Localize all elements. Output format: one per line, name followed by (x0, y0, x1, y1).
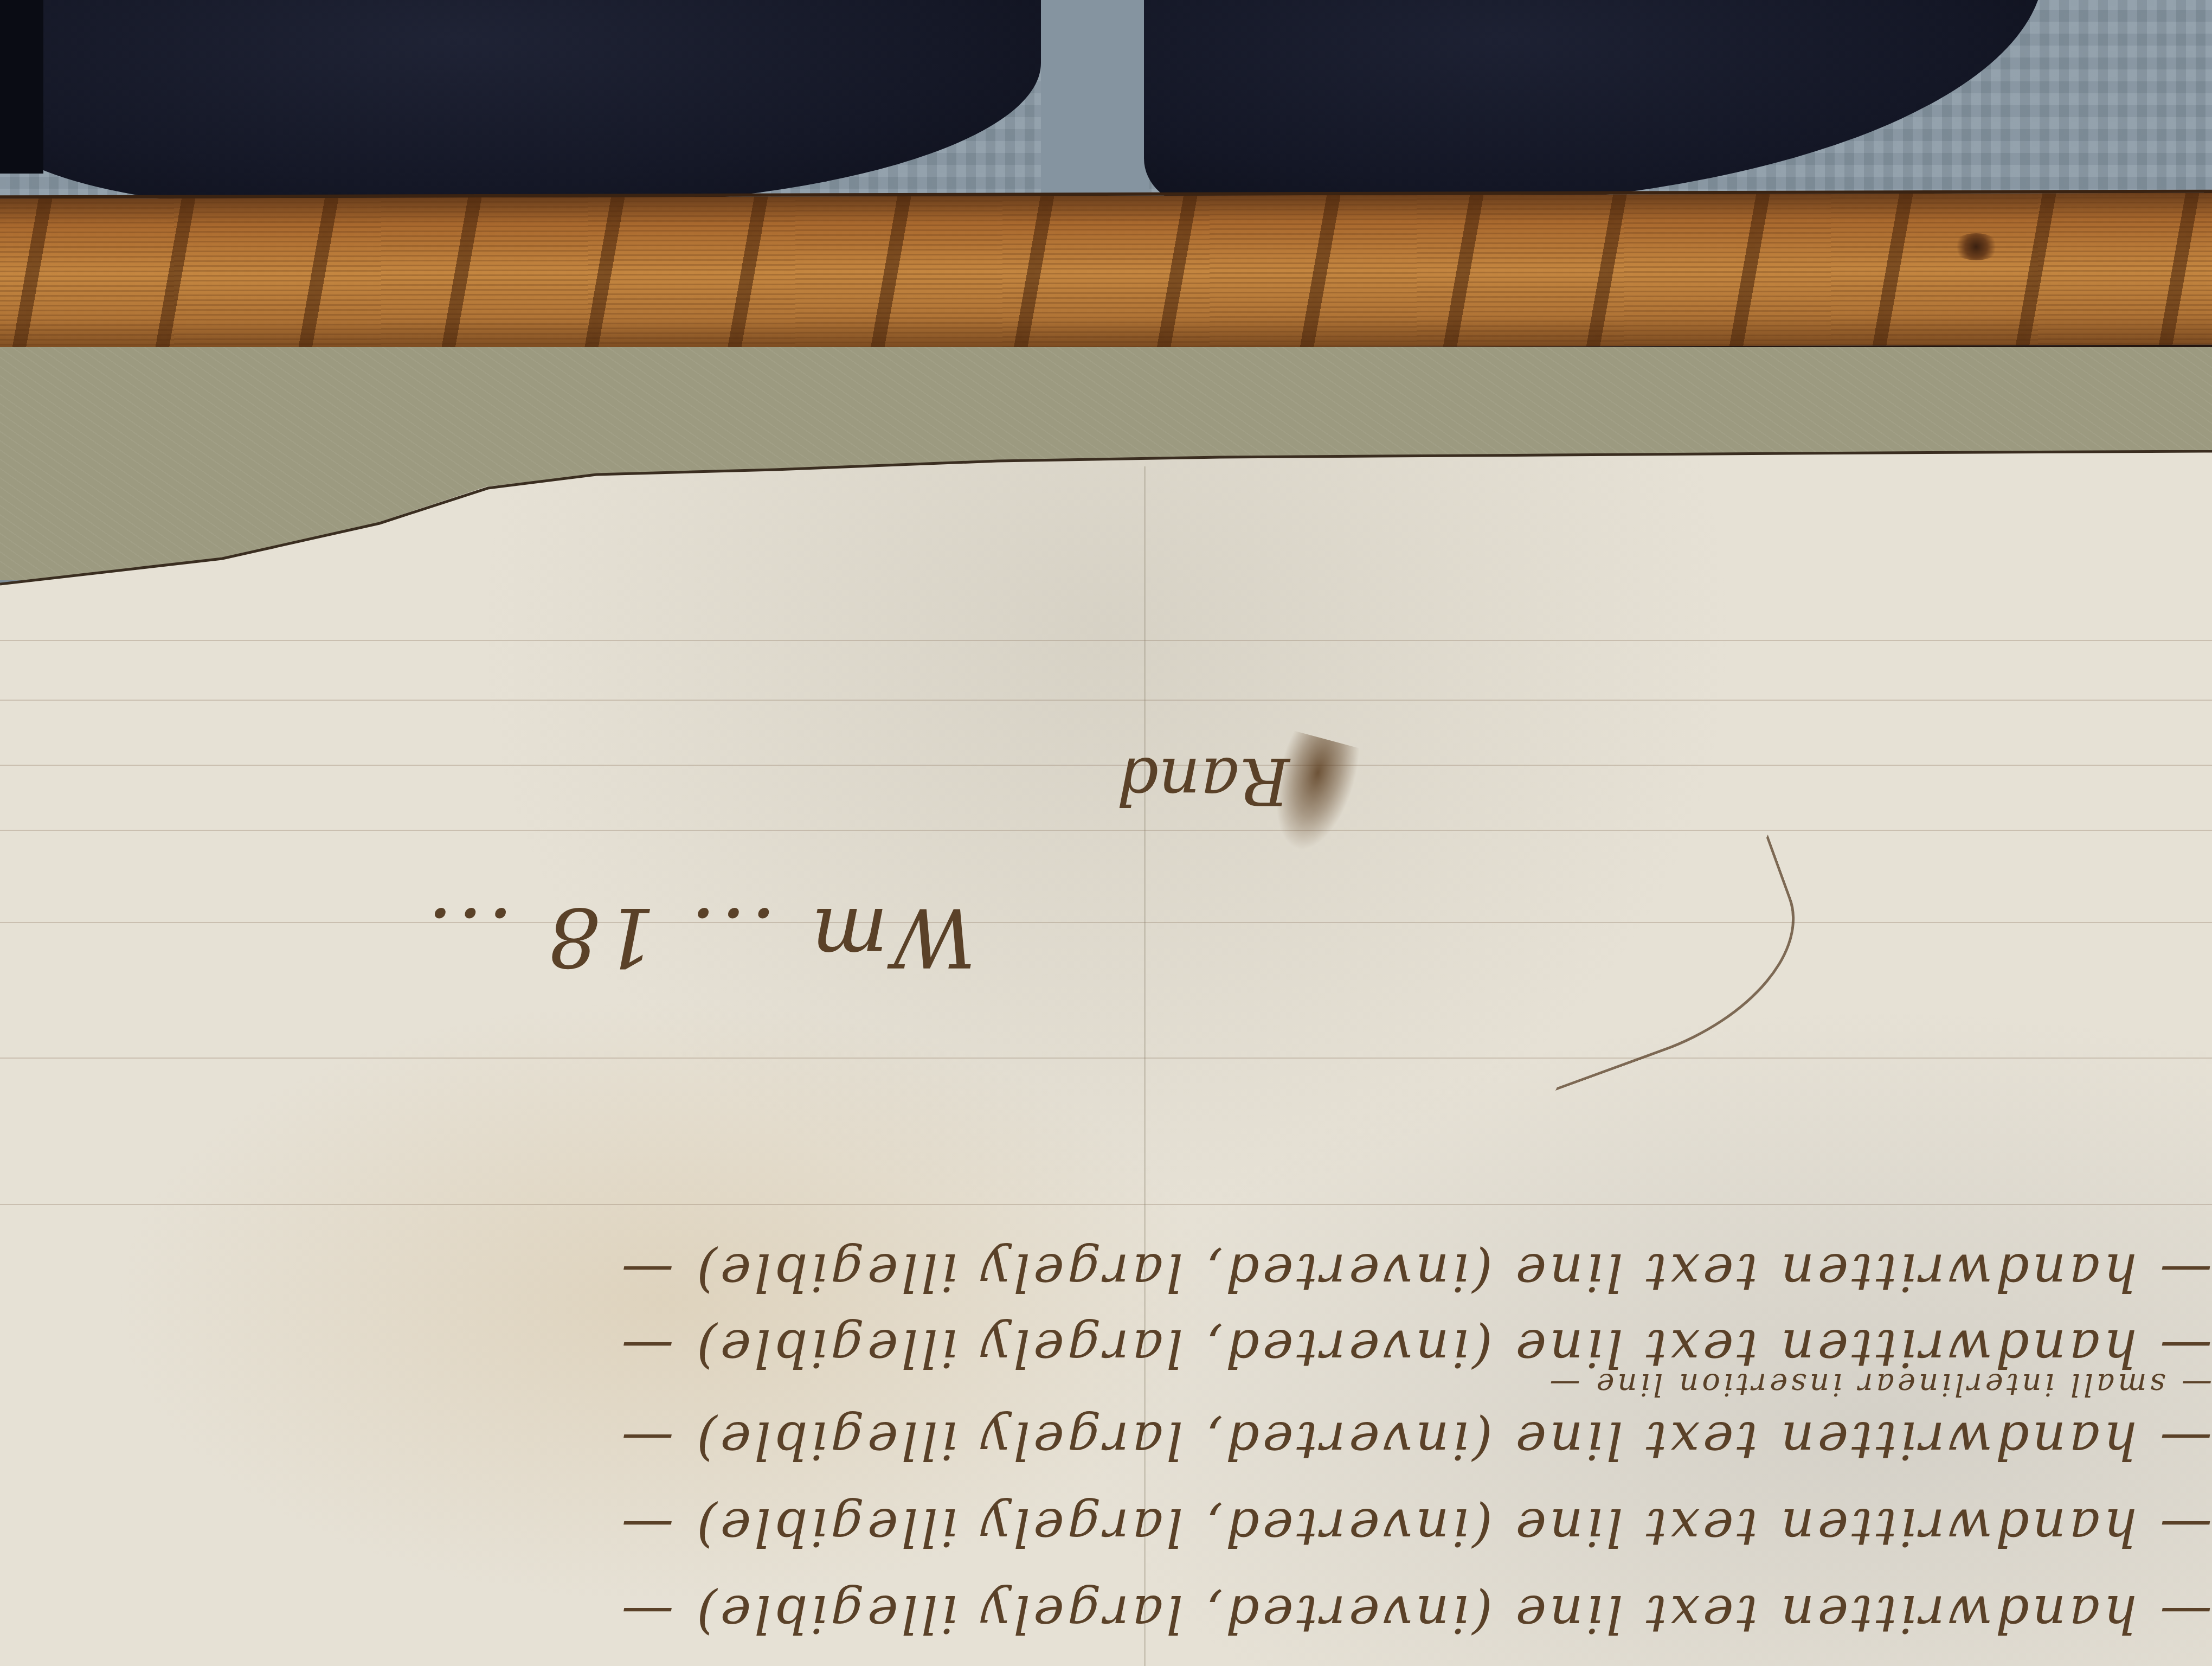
ruled-line (0, 1204, 2212, 1205)
manuscript-line: — handwritten text line (inverted, large… (0, 1497, 2212, 1558)
manuscript-line: — handwritten text line (inverted, large… (0, 1584, 2212, 1644)
ruled-line (0, 922, 2212, 923)
ruled-line (0, 700, 2212, 701)
ruled-line (0, 1058, 2212, 1059)
small-signature: Rand (1117, 743, 1290, 818)
manuscript-interlinear: — small interlinear insertion line — (0, 1367, 2212, 1402)
backdrop-gap (1041, 0, 1149, 201)
ruled-line (0, 765, 2212, 766)
fold-crease (1144, 466, 1146, 1666)
manuscript-line: — handwritten text line (inverted, large… (0, 1410, 2212, 1471)
wood-knot (1952, 233, 2001, 260)
left-cushion-shadow (0, 0, 43, 174)
ruled-line (0, 830, 2212, 831)
large-signature: Wm ... 18 ... (423, 889, 976, 984)
wooden-board (0, 190, 2212, 355)
ruled-line (0, 640, 2212, 641)
manuscript-line: — handwritten text line (inverted, large… (0, 1242, 2212, 1303)
